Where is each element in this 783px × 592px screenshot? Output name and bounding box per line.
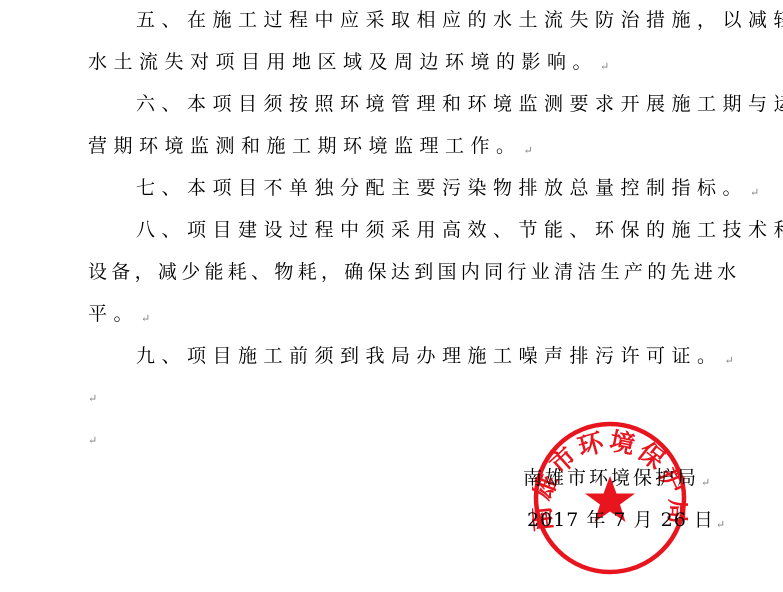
paragraph-mark-icon: ↵ [725,354,734,367]
para-8-line-2: 设备，减少能耗、物耗，确保达到国内同行业清洁生产的先进水 [88,260,740,284]
para-5-line-2-text: 水土流失对项目用地区域及周边环境的影响。 [88,51,598,73]
paragraph-mark-icon: ↵ [524,144,533,157]
paragraph-mark-icon: ↵ [750,186,759,199]
para-5-line-2: 水土流失对项目用地区域及周边环境的影响。↵ [88,50,609,79]
paragraph-mark-icon: ↵ [716,518,725,531]
para-8-line-3: 平。↵ [88,302,150,331]
paragraph-mark-icon: ↵ [141,312,150,325]
signature-organization: 南雄市环境保护局↵ [523,466,710,495]
para-9-line-1: 九、项目施工前须到我局办理施工噪声排污许可证。↵ [136,344,734,373]
para-6-line-2: 营期环境监测和施工期环境监理工作。↵ [88,134,533,163]
signature-date-text: 2017 年 7 月 26 日 [527,509,714,531]
signature-date: 2017 年 7 月 26 日↵ [527,508,725,537]
para-7-line-1: 七、本项目不单独分配主要污染物排放总量控制指标。↵ [136,176,759,205]
para-8-line-3-text: 平。 [88,303,139,325]
paragraph-mark-icon: ↵ [88,434,97,447]
official-seal-stamp: 南雄市环境保护局 [532,420,688,576]
signature-organization-text: 南雄市环境保护局 [523,467,699,489]
para-9-line-1-text: 九、项目施工前须到我局办理施工噪声排污许可证。 [136,345,723,367]
para-6-line-1: 六、本项目须按照环境管理和环境监测要求开展施工期与运 [136,92,783,116]
paragraph-mark-icon: ↵ [701,476,710,489]
paragraph-mark-icon: ↵ [600,60,609,73]
paragraph-mark-icon: ↵ [88,392,97,405]
para-8-line-1: 八、项目建设过程中须采用高效、节能、环保的施工技术和 [136,218,783,242]
para-6-line-2-text: 营期环境监测和施工期环境监理工作。 [88,135,522,157]
para-5-line-1: 五、在施工过程中应采取相应的水土流失防治措施，以减轻 [136,8,783,32]
para-7-line-1-text: 七、本项目不单独分配主要污染物排放总量控制指标。 [136,177,748,199]
